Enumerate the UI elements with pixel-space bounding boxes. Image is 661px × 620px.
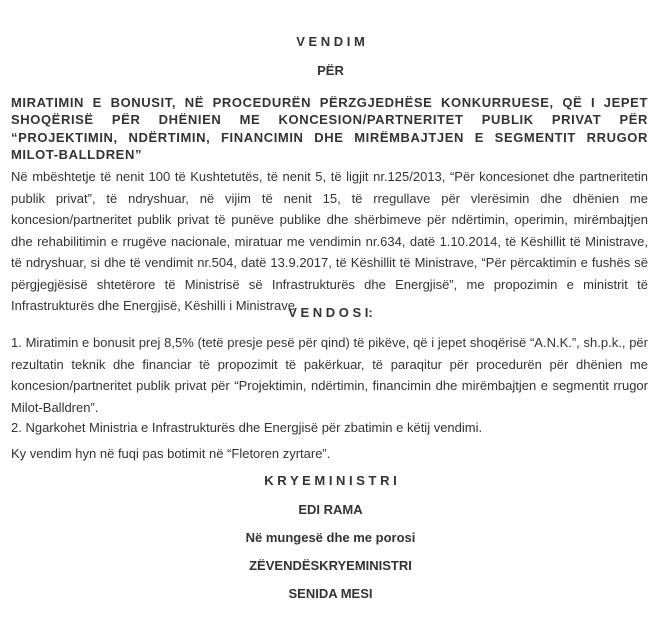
document-heading-per: PËR: [0, 63, 661, 79]
absence-note: Në mungesë dhe me porosi: [0, 530, 661, 546]
entry-into-force: Ky vendim hyn në fuqi pas botimit në “Fl…: [11, 443, 648, 465]
decision-item-2: 2. Ngarkohet Ministria e Infrastrukturës…: [11, 417, 648, 439]
preamble-paragraph: Në mbështetje të nenit 100 të Kushtetutë…: [11, 166, 648, 317]
pm-name: EDI RAMA: [0, 502, 661, 518]
document-subject: MIRATIMIN E BONUSIT, NË PROCEDURËN PËRZG…: [11, 94, 648, 163]
deputy-pm-name: SENIDA MESI: [0, 586, 661, 602]
pm-title: K R Y E M I N I S T R I: [0, 473, 661, 489]
deputy-pm-title: ZËVENDËSKRYEMINISTRI: [0, 558, 661, 574]
decision-item-1: 1. Miratimin e bonusit prej 8,5% (tetë p…: [11, 332, 648, 418]
decision-document: V E N D I M PËR MIRATIMIN E BONUSIT, NË …: [0, 0, 661, 620]
decided-heading: V E N D O S I:: [0, 305, 661, 321]
document-heading: V E N D I M: [0, 34, 661, 50]
